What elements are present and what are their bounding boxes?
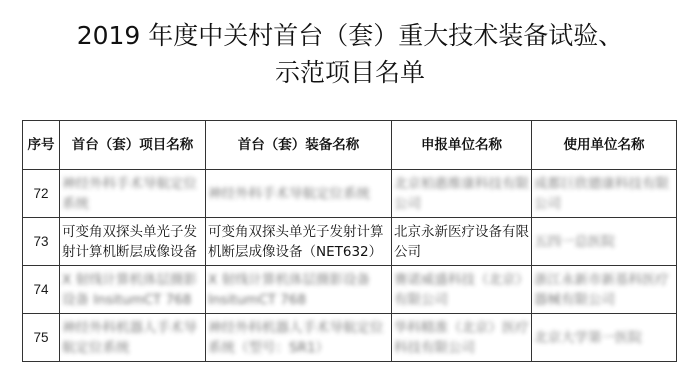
cell-serial-no: 72 (23, 170, 60, 218)
cell-equipment-name-redacted: 神经外科机器人手术导航定位系统（型号：SR1） (206, 314, 392, 362)
table-row: 74 X 射线计算机体层摄影设备 InsitumCT 768 X 射线计算机体层… (23, 266, 677, 314)
cell-equipment-name-redacted: 神经外科手术导航定位系统 (206, 170, 392, 218)
document-title-line-1: 2019 年度中关村首台（套）重大技术装备试验、 (0, 18, 700, 54)
header-applicant-unit: 申报单位名称 (392, 121, 532, 170)
cell-user-unit-redacted: 成都巨欣德康科技有限公司 (532, 170, 677, 218)
document-title-line-2: 示范项目名单 (0, 55, 700, 91)
cell-applicant-unit-redacted: 华科精准（北京）医疗科技有限公司 (392, 314, 532, 362)
header-equipment-name: 首台（套）装备名称 (206, 121, 392, 170)
cell-project-name: 可变角双探头单光子发射计算机断层成像设备 (60, 218, 206, 266)
cell-applicant-unit: 北京永新医疗设备有限公司 (392, 218, 532, 266)
cell-equipment-name-redacted: X 射线计算机体层摄影设备 InsitumCT 768 (206, 266, 392, 314)
table-row: 75 神经外科机器人手术导航定位系统 神经外科机器人手术导航定位系统（型号：SR… (23, 314, 677, 362)
cell-serial-no: 75 (23, 314, 60, 362)
table-row: 73 可变角双探头单光子发射计算机断层成像设备 可变角双探头单光子发射计算机断层… (23, 218, 677, 266)
cell-user-unit-redacted: 五四一总医院 (532, 218, 677, 266)
cell-equipment-name: 可变角双探头单光子发射计算机断层成像设备（NET632） (206, 218, 392, 266)
cell-applicant-unit-redacted: 北京柏惠维康科技有限公司 (392, 170, 532, 218)
cell-applicant-unit-redacted: 赛诺威盛科技（北京）有限公司 (392, 266, 532, 314)
cell-user-unit-redacted: 浙江永新市新基科医疗器械有限公司 (532, 266, 677, 314)
header-project-name: 首台（套）项目名称 (60, 121, 206, 170)
cell-user-unit-redacted: 北京大学第一医院 (532, 314, 677, 362)
cell-project-name-redacted: 神经外科机器人手术导航定位系统 (60, 314, 206, 362)
cell-serial-no: 73 (23, 218, 60, 266)
table-row: 72 神经外科手术导航定位系统 神经外科手术导航定位系统 北京柏惠维康科技有限公… (23, 170, 677, 218)
header-serial-no: 序号 (23, 121, 60, 170)
project-list-table: 序号 首台（套）项目名称 首台（套）装备名称 申报单位名称 使用单位名称 72 … (22, 120, 677, 362)
cell-project-name-redacted: X 射线计算机体层摄影设备 InsitumCT 768 (60, 266, 206, 314)
cell-project-name-redacted: 神经外科手术导航定位系统 (60, 170, 206, 218)
cell-serial-no: 74 (23, 266, 60, 314)
header-user-unit: 使用单位名称 (532, 121, 677, 170)
table-header-row: 序号 首台（套）项目名称 首台（套）装备名称 申报单位名称 使用单位名称 (23, 121, 677, 170)
